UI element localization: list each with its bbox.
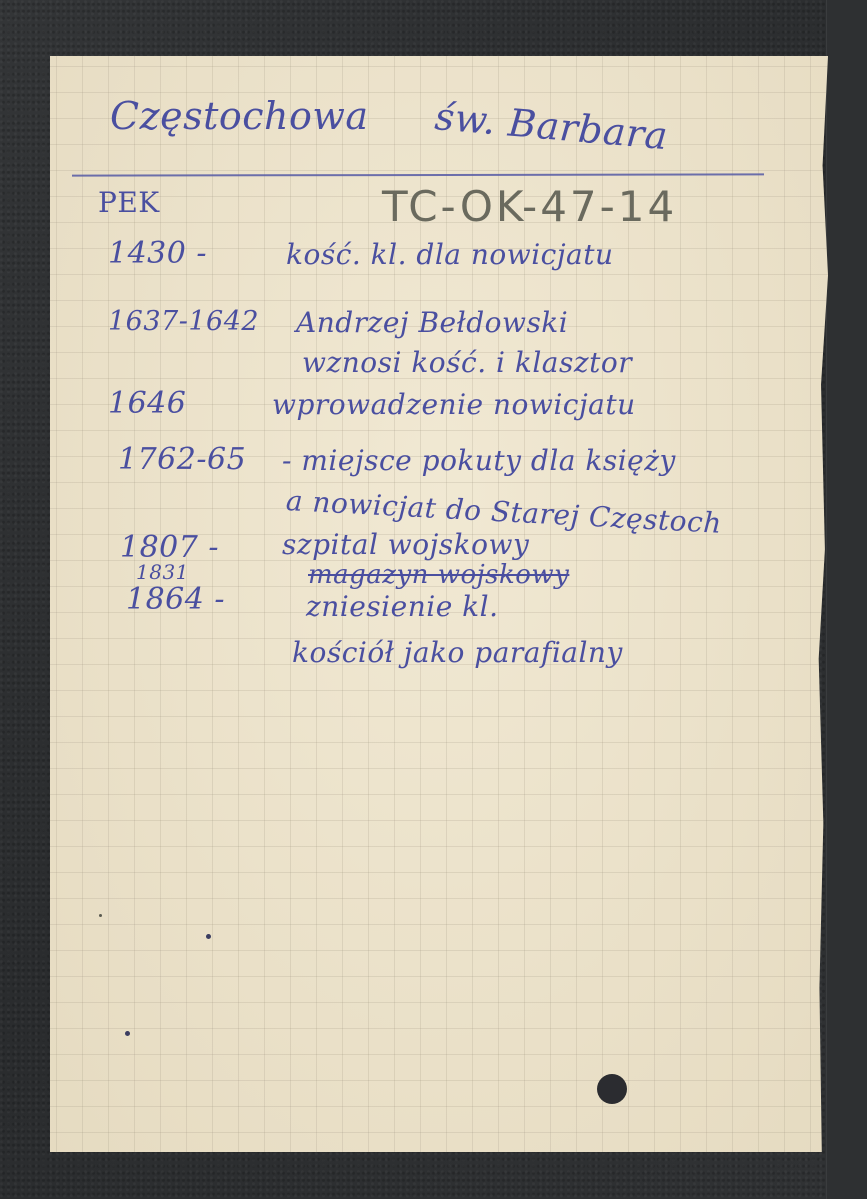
archive-signature: TC-OK-47-14 xyxy=(382,182,677,231)
entry-year: 1762-65 xyxy=(118,442,246,477)
entry-text: zniesienie kl. xyxy=(306,590,499,623)
binder-edge xyxy=(826,0,867,1199)
entry-text: wznosi kość. i klasztor xyxy=(302,346,632,379)
entry-year: 1430 - xyxy=(108,236,207,271)
card-title-church: św. Barbara xyxy=(433,94,670,158)
note-card: Częstochowa św. Barbara PEK TC-OK-47-14 … xyxy=(50,56,828,1152)
card-code: PEK xyxy=(98,186,160,219)
entry-text: kość. kl. dla nowicjatu xyxy=(286,238,614,271)
ink-speck xyxy=(125,1031,130,1036)
entry-year: 1646 xyxy=(108,386,186,421)
entry-text: magazyn wojskowy xyxy=(308,560,569,590)
card-title-location: Częstochowa xyxy=(110,94,369,138)
entry-text: - miejsce pokuty dla księży xyxy=(282,444,676,477)
entry-text: wprowadzenie nowicjatu xyxy=(272,388,636,421)
ink-speck xyxy=(206,934,211,939)
scanned-document: Częstochowa św. Barbara PEK TC-OK-47-14 … xyxy=(0,0,867,1199)
header-rule xyxy=(72,173,764,176)
entry-text: kościół jako parafialny xyxy=(292,636,623,669)
entry-year: 1637-1642 xyxy=(108,306,259,337)
entry-year: 1864 - xyxy=(126,582,225,617)
entry-text: szpital wojskowy xyxy=(282,528,529,561)
entry-year: 1831 xyxy=(136,560,189,584)
entry-text: Andrzej Bełdowski xyxy=(296,306,568,339)
punch-hole xyxy=(597,1074,627,1104)
ink-speck xyxy=(99,914,102,917)
